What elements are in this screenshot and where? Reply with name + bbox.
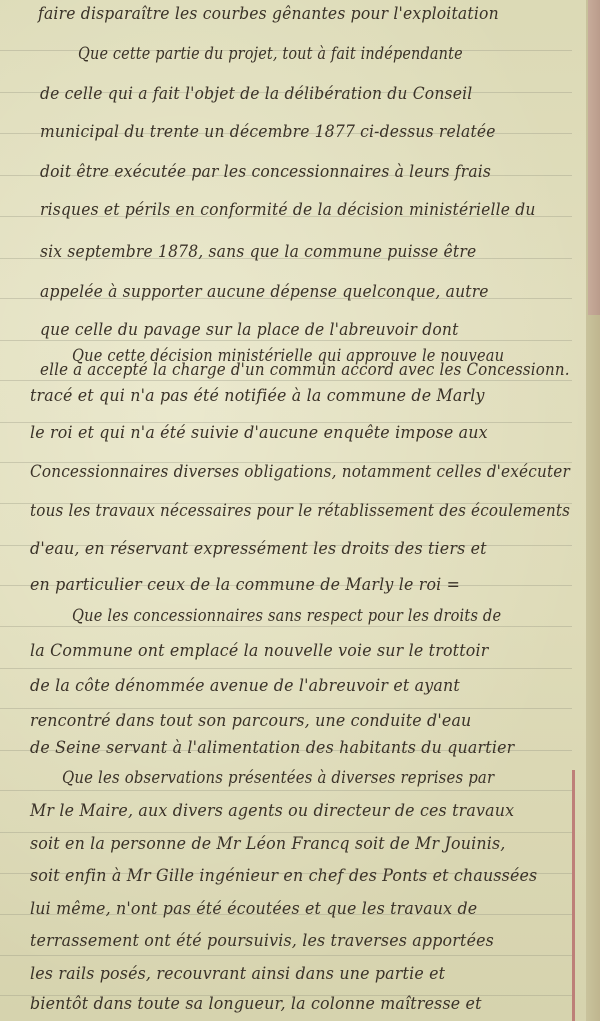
text-line: municipal du trente un décembre 1877 ci-… bbox=[40, 122, 570, 142]
text-line: de la côte dénommée avenue de l'abreuvoi… bbox=[30, 676, 570, 696]
text-line: que celle du pavage sur la place de l'ab… bbox=[40, 320, 570, 340]
manuscript-page: faire disparaître les courbes gênantes p… bbox=[0, 0, 600, 1021]
text-line: faire disparaître les courbes gênantes p… bbox=[38, 4, 570, 24]
text-line: tous les travaux nécessaires pour le rét… bbox=[30, 501, 547, 521]
text-line: en particulier ceux de la commune de Mar… bbox=[30, 575, 570, 595]
text-line: risques et périls en conformité de la dé… bbox=[40, 200, 570, 220]
ruled-line bbox=[0, 790, 572, 791]
text-line: six septembre 1878, sans que la commune … bbox=[40, 242, 570, 262]
text-line: rencontré dans tout son parcours, une co… bbox=[30, 711, 570, 731]
text-line: Que cette décision ministérielle qui app… bbox=[72, 346, 570, 366]
text-line: bientôt dans toute sa longueur, la colon… bbox=[30, 994, 570, 1014]
text-line: lui même, n'ont pas été écoutées et que … bbox=[30, 899, 570, 919]
ruled-line bbox=[0, 626, 572, 627]
red-margin-line bbox=[572, 770, 575, 1021]
binding-edge-tint bbox=[588, 0, 600, 315]
text-line: Mr le Maire, aux divers agents ou direct… bbox=[30, 801, 570, 821]
ruled-line bbox=[0, 955, 572, 956]
text-line: soit en la personne de Mr Léon Francq so… bbox=[30, 834, 570, 854]
text-line: les rails posés, recouvrant ainsi dans u… bbox=[30, 964, 570, 984]
text-line: de celle qui a fait l'objet de la délibé… bbox=[40, 84, 570, 104]
text-line: Concessionnaires diverses obligations, n… bbox=[30, 462, 550, 482]
ruled-line bbox=[0, 708, 572, 709]
ruled-line bbox=[0, 380, 572, 381]
ruled-line bbox=[0, 340, 572, 341]
text-line: Que les observations présentées à divers… bbox=[62, 768, 570, 788]
text-line: soit enfin à Mr Gille ingénieur en chef … bbox=[30, 866, 570, 886]
text-line: d'eau, en réservant expressément les dro… bbox=[30, 539, 570, 559]
text-line: Que cette partie du projet, tout à fait … bbox=[78, 44, 570, 64]
text-line: Que les concessionnaires sans respect po… bbox=[72, 606, 570, 626]
text-line: de Seine servant à l'alimentation des ha… bbox=[30, 738, 570, 758]
text-line: appelée à supporter aucune dépense quelc… bbox=[40, 282, 570, 302]
text-line: tracé et qui n'a pas été notifiée à la c… bbox=[30, 386, 570, 406]
ruled-line bbox=[0, 832, 572, 833]
text-line: doit être exécutée par les concessionnai… bbox=[40, 162, 570, 182]
ruled-line bbox=[0, 668, 572, 669]
text-line: terrassement ont été poursuivis, les tra… bbox=[30, 931, 570, 951]
text-line: le roi et qui n'a été suivie d'aucune en… bbox=[30, 423, 570, 443]
text-line: la Commune ont emplacé la nouvelle voie … bbox=[30, 641, 570, 661]
